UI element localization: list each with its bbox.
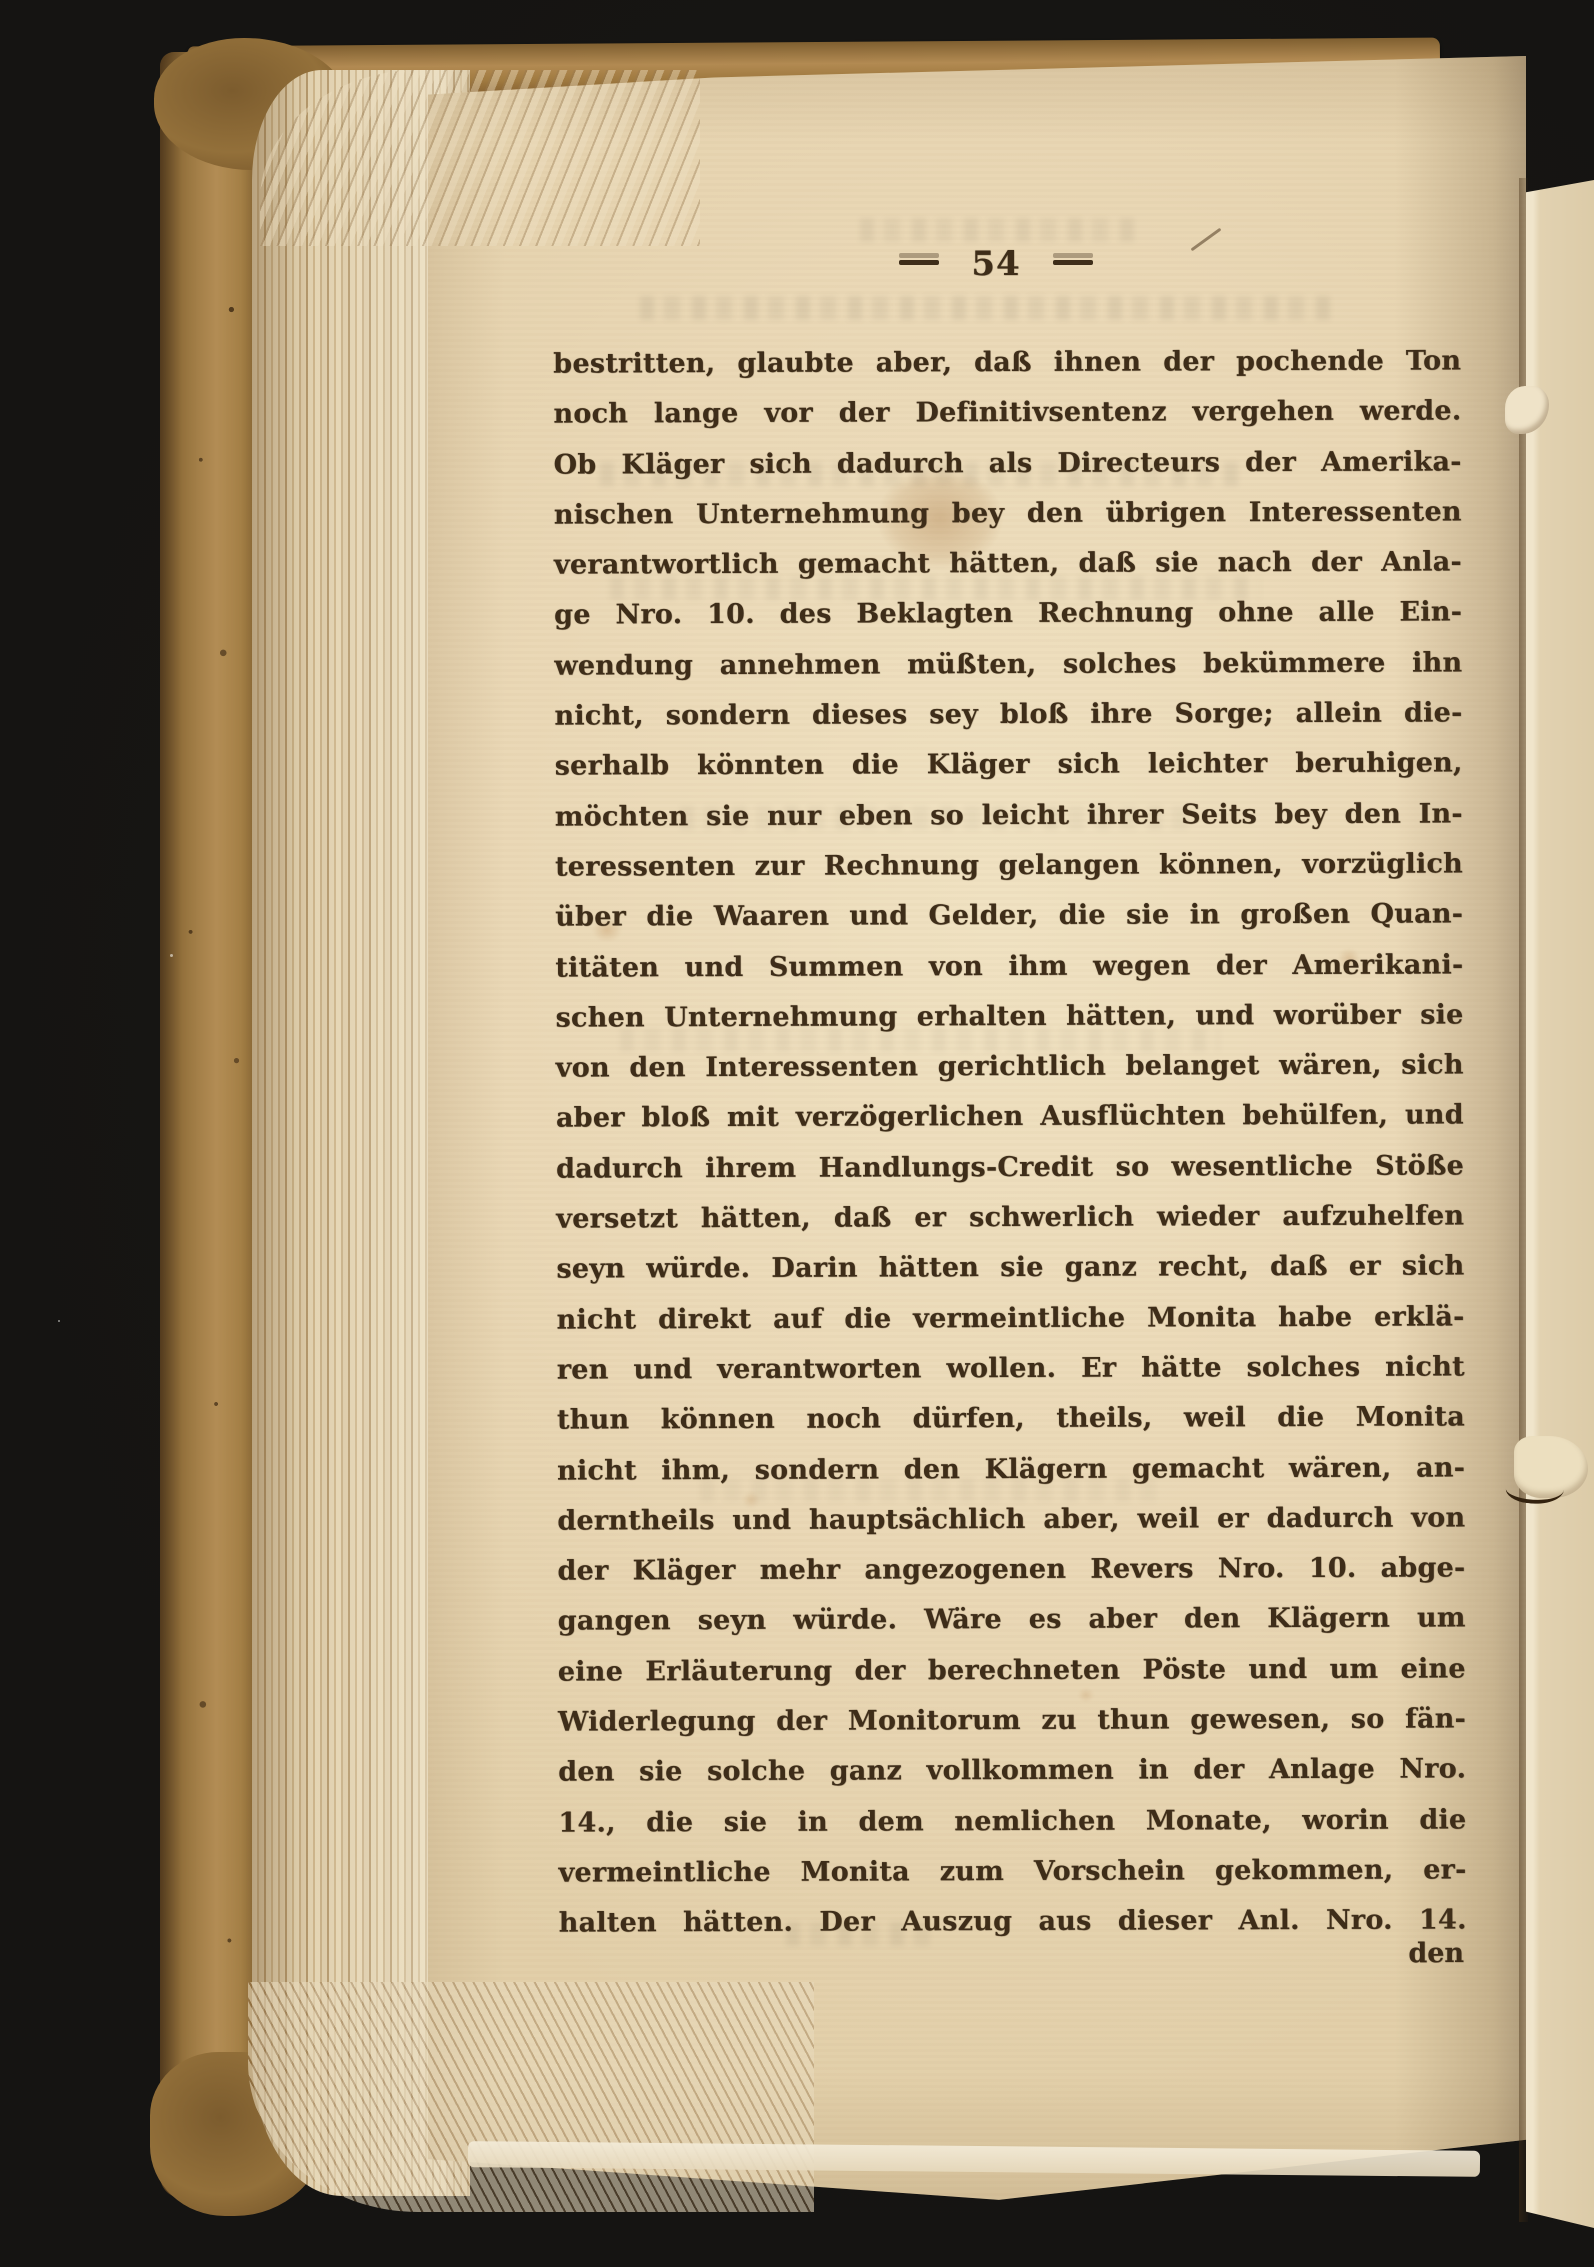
text-line: aber bloß mit verzögerlichen Ausflüchten… (556, 1091, 1464, 1144)
text-line: wendung annehmen müßten, solches bekümme… (554, 638, 1462, 691)
header-right-dash: — (1053, 260, 1093, 265)
book-cover-left-edge (160, 52, 262, 2198)
text-line: der Kläger mehr angezogenen Revers Nro. … (557, 1544, 1465, 1597)
text-line: vermeintliche Monita zum Vorschein gekom… (558, 1845, 1466, 1898)
text-line: Ob Kläger sich dadurch als Directeurs de… (554, 437, 1462, 490)
text-line: nicht direkt auf die vermeintliche Monit… (557, 1292, 1465, 1345)
text-line: den sie solche ganz vollkommen in der An… (558, 1745, 1466, 1798)
scan-stage: —54— bestritten, glaubte aber, daß ihnen… (0, 0, 1594, 2267)
page-header: —54— (556, 242, 1436, 292)
text-line: über die Waaren und Gelder, die sie in g… (555, 890, 1463, 943)
bleedthrough-ghost (860, 218, 1140, 242)
text-line: nicht, sondern dieses sey bloß ihre Sorg… (554, 688, 1462, 741)
text-line: teressenten zur Rechnung gelangen können… (555, 839, 1463, 892)
text-line: thun können noch dürfen, theils, weil di… (557, 1393, 1465, 1446)
text-line: seyn würde. Darin hätten sie ganz recht,… (556, 1242, 1464, 1295)
text-line: dadurch ihrem Handlungs-Credit so wesent… (556, 1141, 1464, 1194)
text-line: schen Unternehmung erhalten hätten, und … (555, 990, 1463, 1043)
text-line: derntheils und hauptsächlich aber, weil … (557, 1493, 1465, 1546)
bleedthrough-ghost (640, 296, 1330, 320)
text-line: von den Interessenten gerichtlich belang… (556, 1041, 1464, 1094)
text-line: gangen seyn würde. Wäre es aber den Kläg… (558, 1594, 1466, 1647)
text-line: Widerlegung der Monitorum zu thun gewese… (558, 1694, 1466, 1747)
text-line: titäten und Summen von ihm wegen der Ame… (555, 940, 1463, 993)
dust-speck (58, 1320, 60, 1322)
text-line: ren und verantworten wollen. Er hätte so… (557, 1342, 1465, 1395)
text-line: möchten sie nur eben so leicht ihrer Sei… (555, 789, 1463, 842)
text-line: nicht ihm, sondern den Klägern gemacht w… (557, 1443, 1465, 1496)
text-line: eine Erläuterung der berechneten Pöste u… (558, 1644, 1466, 1697)
text-line: nischen Unternehmung bey den übrigen Int… (554, 487, 1462, 540)
text-line: verantwortlich gemacht hätten, daß sie n… (554, 538, 1462, 591)
catchword: den (556, 1938, 1464, 1969)
text-line: 14., die sie in dem nemlichen Monate, wo… (558, 1795, 1466, 1848)
body-text-block: bestritten, glaubte aber, daß ihnen der … (553, 336, 1467, 1949)
text-line: versetzt hätten, daß er schwerlich wiede… (556, 1191, 1464, 1244)
text-line: ge Nro. 10. des Beklagten Rechnung ohne … (554, 588, 1462, 641)
dust-speck (170, 954, 173, 957)
text-line: noch lange vor der Definitivsentenz verg… (553, 387, 1461, 440)
adjacent-page-edge (1526, 180, 1594, 2228)
header-left-dash: — (899, 260, 939, 265)
text-line: serhalb könnten die Kläger sich leichter… (555, 739, 1463, 792)
text-line: bestritten, glaubte aber, daß ihnen der … (553, 336, 1461, 389)
page-number: 54 (971, 244, 1020, 284)
